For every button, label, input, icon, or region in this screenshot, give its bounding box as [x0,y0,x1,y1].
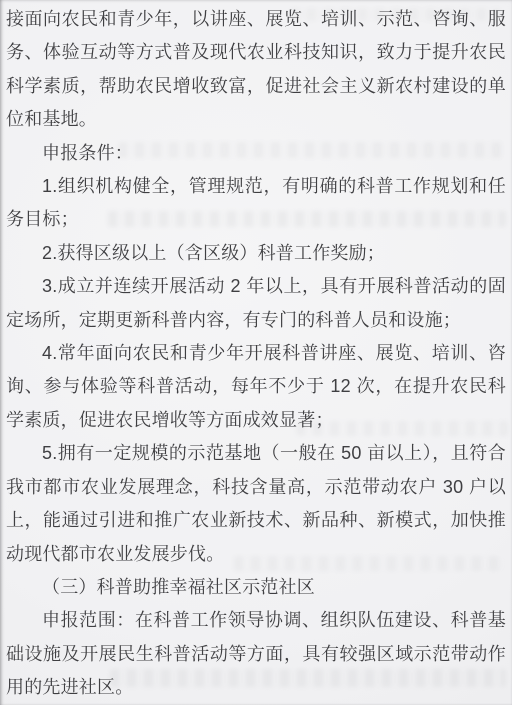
paragraph-6: 4.常年面向农民和青少年开展科普讲座、展览、培训、咨询、参与体验等科普活动，每年… [6,337,506,437]
paragraph-8: （三）科普助推幸福社区示范社区 [6,571,506,604]
scanned-document-page: 接面向农民和青少年，以讲座、展览、培训、示范、咨询、服务、体验互动等方式普及现代… [0,0,512,705]
paragraph-1: 接面向农民和青少年，以讲座、展览、培训、示范、咨询、服务、体验互动等方式普及现代… [6,3,506,137]
paragraph-3: 1.组织机构健全，管理规范，有明确的科普工作规划和任务目标； [6,170,506,237]
paragraph-4: 2.获得区级以上（含区级）科普工作奖励； [6,237,506,270]
paragraph-5: 3.成立并连续开展活动 2 年以上，具有开展科普活动的固定场所，定期更新科普内容… [6,270,506,337]
paragraph-2: 申报条件： [6,137,506,170]
paragraph-7: 5.拥有一定规模的示范基地（一般在 50 亩以上），且符合我市都市农业发展理念，… [6,437,506,571]
paragraph-9: 申报范围：在科普工作领导协调、组织队伍建设、科普基础设施及开展民生科普活动等方面… [6,604,506,704]
document-body: 接面向农民和青少年，以讲座、展览、培训、示范、咨询、服务、体验互动等方式普及现代… [6,3,506,705]
